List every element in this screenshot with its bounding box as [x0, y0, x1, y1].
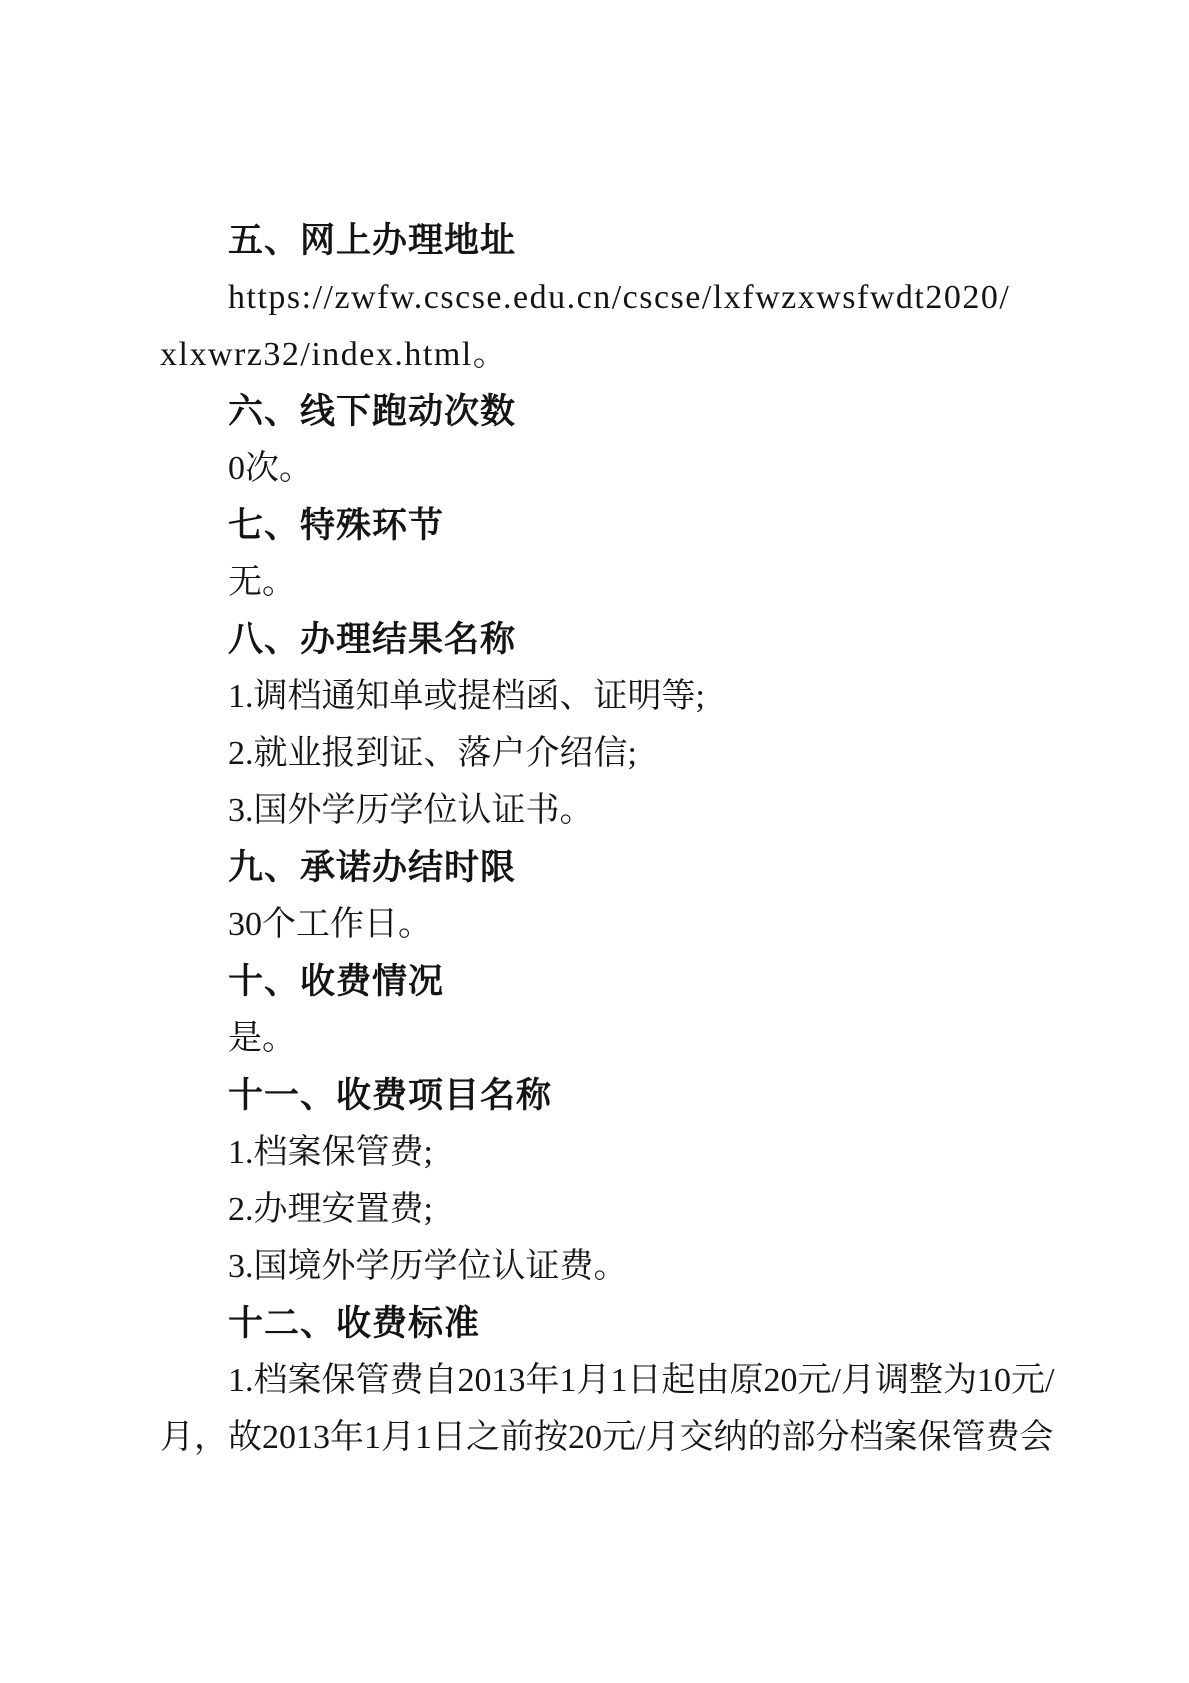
paragraph-line: 1.调档通知单或提档函、证明等;: [160, 668, 1008, 725]
section-heading: 十一、收费项目名称: [160, 1067, 1008, 1124]
section-heading: 十、收费情况: [160, 953, 1008, 1010]
paragraph-line: xlxwrz32/index.html。: [160, 326, 1008, 383]
document-page: 五、网上办理地址https://zwfw.cscse.edu.cn/cscse/…: [0, 0, 1189, 1683]
paragraph-line: 3.国外学历学位认证书。: [160, 782, 1008, 839]
paragraph-line: 1.档案保管费;: [160, 1124, 1008, 1181]
paragraph-line: 1.档案保管费自2013年1月1日起由原20元/月调整为10元/: [160, 1352, 1008, 1409]
paragraph-line: 2.就业报到证、落户介绍信;: [160, 725, 1008, 782]
section-heading: 五、网上办理地址: [160, 212, 1008, 269]
paragraph-line: 2.办理安置费;: [160, 1181, 1008, 1238]
section-heading: 八、办理结果名称: [160, 611, 1008, 668]
section-heading: 十二、收费标准: [160, 1295, 1008, 1352]
paragraph-line: 是。: [160, 1010, 1008, 1067]
paragraph-line: 0次。: [160, 440, 1008, 497]
section-heading: 七、特殊环节: [160, 497, 1008, 554]
paragraph-line: 无。: [160, 554, 1008, 611]
document-content: 五、网上办理地址https://zwfw.cscse.edu.cn/cscse/…: [160, 212, 1008, 1466]
paragraph-line: https://zwfw.cscse.edu.cn/cscse/lxfwzxws…: [160, 269, 1008, 326]
section-heading: 六、线下跑动次数: [160, 383, 1008, 440]
paragraph-line: 3.国境外学历学位认证费。: [160, 1238, 1008, 1295]
section-heading: 九、承诺办结时限: [160, 839, 1008, 896]
paragraph-line: 月，故2013年1月1日之前按20元/月交纳的部分档案保管费会: [160, 1409, 1008, 1466]
paragraph-line: 30个工作日。: [160, 896, 1008, 953]
